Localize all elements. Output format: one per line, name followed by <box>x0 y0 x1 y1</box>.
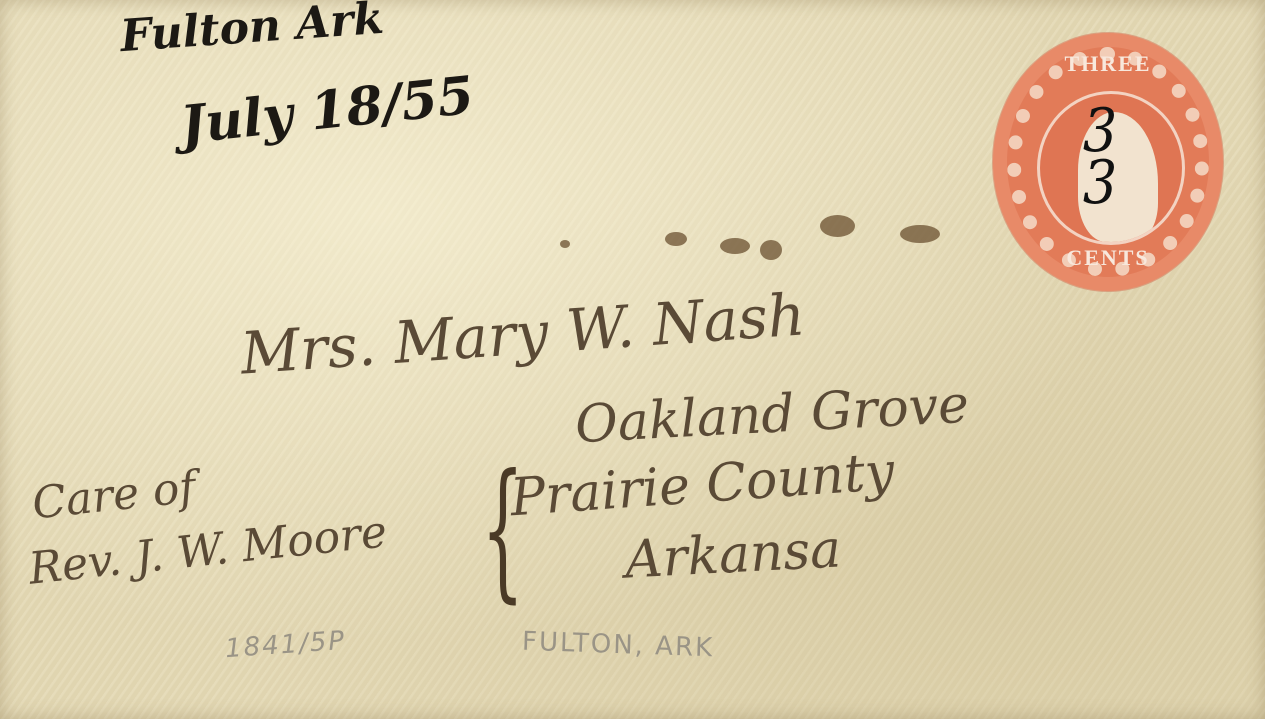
address-town: Oakland Grove <box>574 375 971 456</box>
three-cent-stamp: THREE CENTS 3 3 <box>993 33 1223 291</box>
stamp-manuscript-numeral: 3 3 <box>1083 105 1117 209</box>
stamp-bottom-label: CENTS <box>993 245 1223 271</box>
pencil-note-left: 1841/5P <box>224 626 347 664</box>
address-county: Prairie County <box>508 442 896 529</box>
address-name: Mrs. Mary W. Nash <box>238 280 807 387</box>
docket-place: Fulton Ark <box>119 0 386 62</box>
address-brace: { <box>481 455 524 605</box>
docket-date: July 18/55 <box>178 65 477 156</box>
care-of-label: Care of <box>30 462 198 530</box>
address-state: Arkansa <box>624 519 843 590</box>
stamp-top-label: THREE <box>993 51 1223 77</box>
pencil-note-right: FULTON, ARK <box>522 627 715 664</box>
envelope: Fulton Ark July 18/55 THREE CENTS 3 3 Mr… <box>0 0 1265 719</box>
